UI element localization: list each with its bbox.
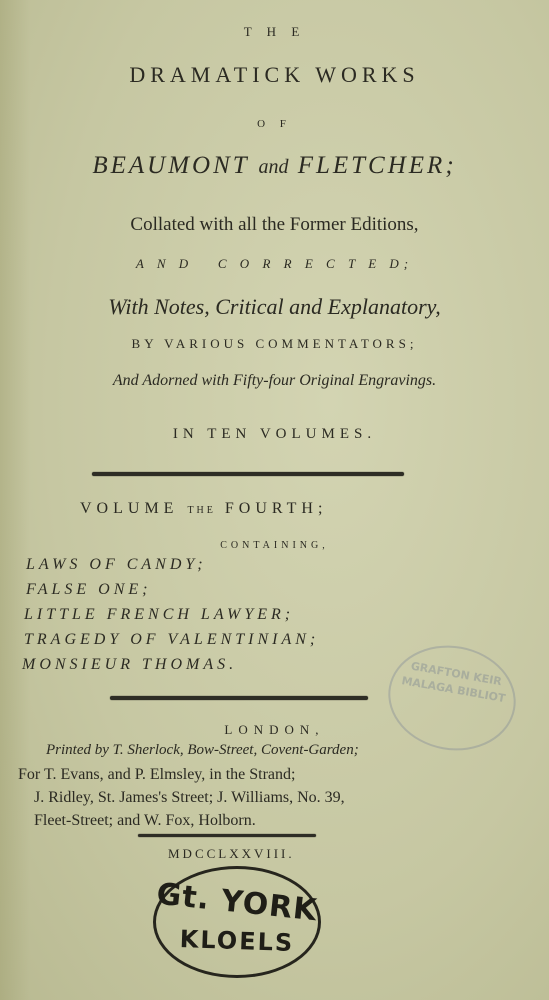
line-dramatick-works: DRAMATICK WORKS (0, 62, 549, 88)
volumes-line: IN TEN VOLUMES. (0, 426, 549, 443)
corrected-line: A N D C O R R E C T E D; (0, 256, 549, 272)
imprint-line-3: Fleet-Street; and W. Fox, Holborn. (34, 812, 256, 830)
line-the: T H E (0, 24, 549, 40)
title-page: T H E DRAMATICK WORKS O F BEAUMONT and F… (0, 0, 549, 1000)
collated-line: Collated with all the Former Editions, (0, 214, 549, 236)
play-false-one: FALSE ONE; (26, 581, 151, 599)
divider-rule (138, 834, 316, 837)
commentators-line: BY VARIOUS COMMENTATORS; (0, 336, 549, 352)
play-little-french-lawyer: LITTLE FRENCH LAWYER; (24, 606, 294, 624)
library-stamp-line-2: KLOELS (156, 924, 319, 958)
play-monsieur-thomas: MONSIEUR THOMAS. (22, 656, 237, 674)
imprint-year: MDCCLXXVIII. (168, 846, 295, 862)
library-stamp-line-1: Gt. YORK (155, 877, 320, 929)
volume-the: THE (187, 505, 215, 516)
author-beaumont: BEAUMONT (92, 152, 249, 179)
play-laws-of-candy: LAWS OF CANDY; (26, 556, 207, 574)
line-of: O F (0, 118, 549, 130)
imprint-line-2: J. Ridley, St. James's Street; J. Willia… (34, 789, 345, 807)
divider-rule (92, 472, 404, 476)
volume-fourth: FOURTH; (225, 500, 328, 517)
notes-line: With Notes, Critical and Explanatory, (0, 294, 549, 320)
volume-line: VOLUME THE FOURTH; (80, 500, 327, 518)
authors-and: and (258, 156, 288, 178)
divider-rule (110, 696, 368, 700)
imprint-line-1: For T. Evans, and P. Elmsley, in the Str… (18, 766, 295, 784)
authors-line: BEAUMONT and FLETCHER; (0, 152, 549, 180)
author-fletcher: FLETCHER; (298, 152, 457, 179)
library-stamp: Gt. YORK KLOELS (153, 866, 321, 978)
containing-line: CONTAINING, (0, 540, 549, 551)
volume-word: VOLUME (80, 500, 178, 517)
faded-library-stamp: GRAFTON KEIR MALAGA BIBLIOT (380, 636, 524, 761)
imprint-printer: Printed by T. Sherlock, Bow-Street, Cove… (46, 742, 359, 759)
adorned-line: And Adorned with Fifty-four Original Eng… (0, 372, 549, 390)
play-tragedy-of-valentinian: TRAGEDY OF VALENTINIAN; (24, 631, 319, 649)
